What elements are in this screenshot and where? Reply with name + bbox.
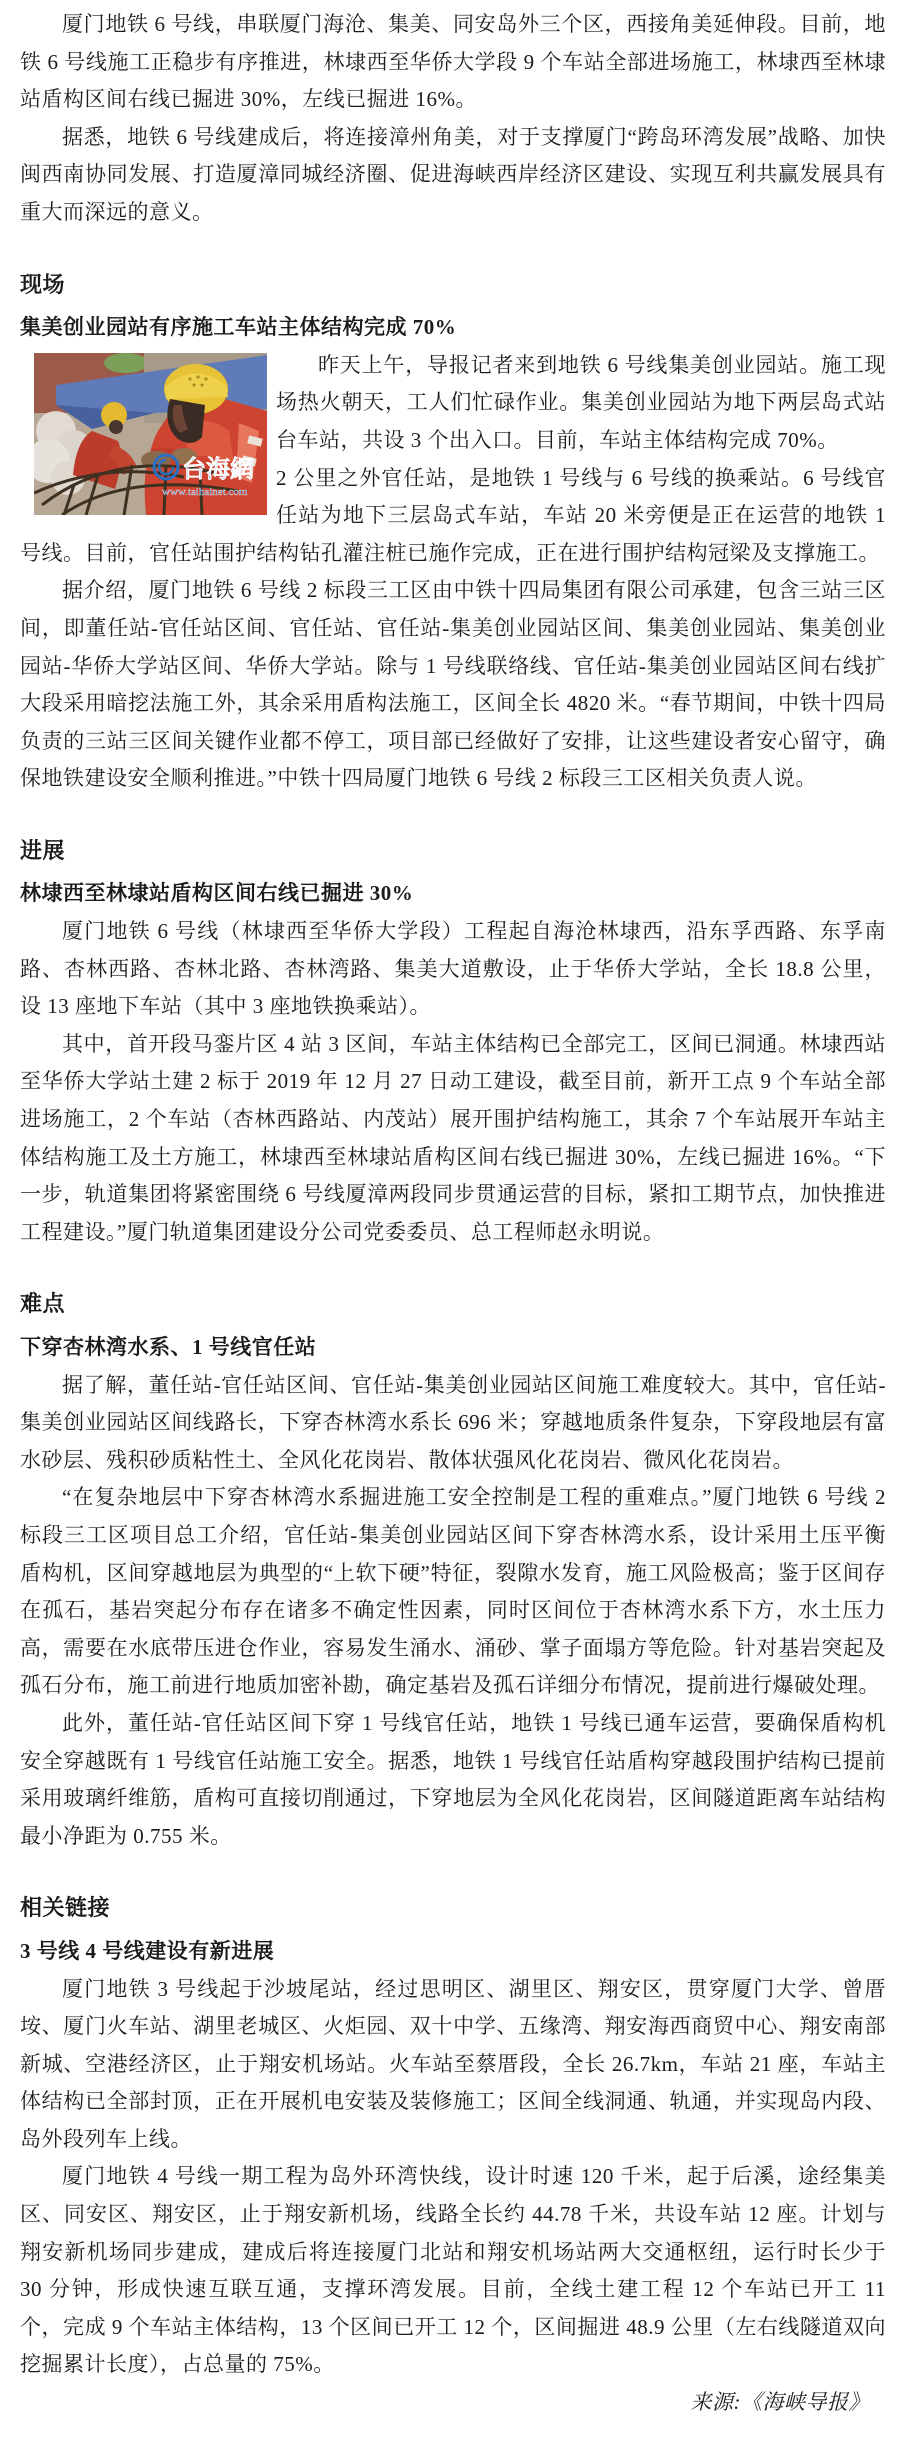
photo-bg-foliage [104, 353, 148, 373]
article-paragraph: 据介绍，厦门地铁 6 号线 2 标段三工区由中铁十四局集团有限公司承建，包含三站… [20, 572, 886, 798]
section-subtitle-difficulty: 下穿杏林湾水系、1 号线官任站 [20, 1329, 886, 1367]
article-paragraph: 厦门地铁 4 号线一期工程为岛外环湾快线，设计时速 120 千米，起于后溪，途经… [20, 2158, 886, 2384]
article-paragraph: 据了解，董任站-官任站区间、官任站-集美创业园站区间施工难度较大。其中，官任站-… [20, 1367, 886, 1480]
article-source: 来源:《海峡导报》 [20, 2384, 886, 2422]
article-paragraph: 据悉，地铁 6 号线建成后，将连接漳州角美，对于支撑厦门“跨岛环湾发展”战略、加… [20, 119, 886, 232]
article-paragraph: “在复杂地层中下穿杏林湾水系掘进施工安全控制是工程的重难点。”厦门地铁 6 号线… [20, 1479, 886, 1705]
article-paragraph: 其中，首开段马銮片区 4 站 3 区间，车站主体结构已全部完工，区间已洞通。林埭… [20, 1026, 886, 1252]
construction-photo-graphic: 台海網 www.taihainet.com [34, 353, 267, 515]
section-header-scene: 现场 [20, 266, 886, 304]
construction-site-photo: 台海網 www.taihainet.com [34, 353, 267, 515]
watermark-site-url: www.taihainet.com [162, 486, 248, 498]
article-paragraph: 厦门地铁 6 号线（林埭西至华侨大学段）工程起自海沧林埭西，沿东孚西路、东孚南路… [20, 913, 886, 1026]
article-paragraph: 此外，董任站-官任站区间下穿 1 号线官任站，地铁 1 号线已通车运营，要确保盾… [20, 1705, 886, 1855]
section-subtitle-progress: 林埭西至林埭站盾构区间右线已掘进 30% [20, 875, 886, 913]
watermark-site-name: 台海網 [182, 455, 254, 483]
scene-section-body: 台海網 www.taihainet.com 昨天上午，导报记者来到地铁 6 号线… [20, 347, 886, 798]
section-subtitle-scene: 集美创业园站有序施工车站主体结构完成 70% [20, 309, 886, 347]
section-header-related-links: 相关链接 [20, 1889, 886, 1927]
article-paragraph: 厦门地铁 6 号线，串联厦门海沧、集美、同安岛外三个区，西接角美延伸段。目前，地… [20, 6, 886, 119]
section-subtitle-related-links: 3 号线 4 号线建设有新进展 [20, 1933, 886, 1971]
article-paragraph: 厦门地铁 3 号线起于沙坡尾站，经过思明区、湖里区、翔安区，贯穿厦门大学、曾厝垵… [20, 1971, 886, 2159]
article-page: 厦门地铁 6 号线，串联厦门海沧、集美、同安岛外三个区，西接角美延伸段。目前，地… [0, 0, 906, 2446]
section-header-progress: 进展 [20, 832, 886, 870]
section-header-difficulty: 难点 [20, 1285, 886, 1323]
